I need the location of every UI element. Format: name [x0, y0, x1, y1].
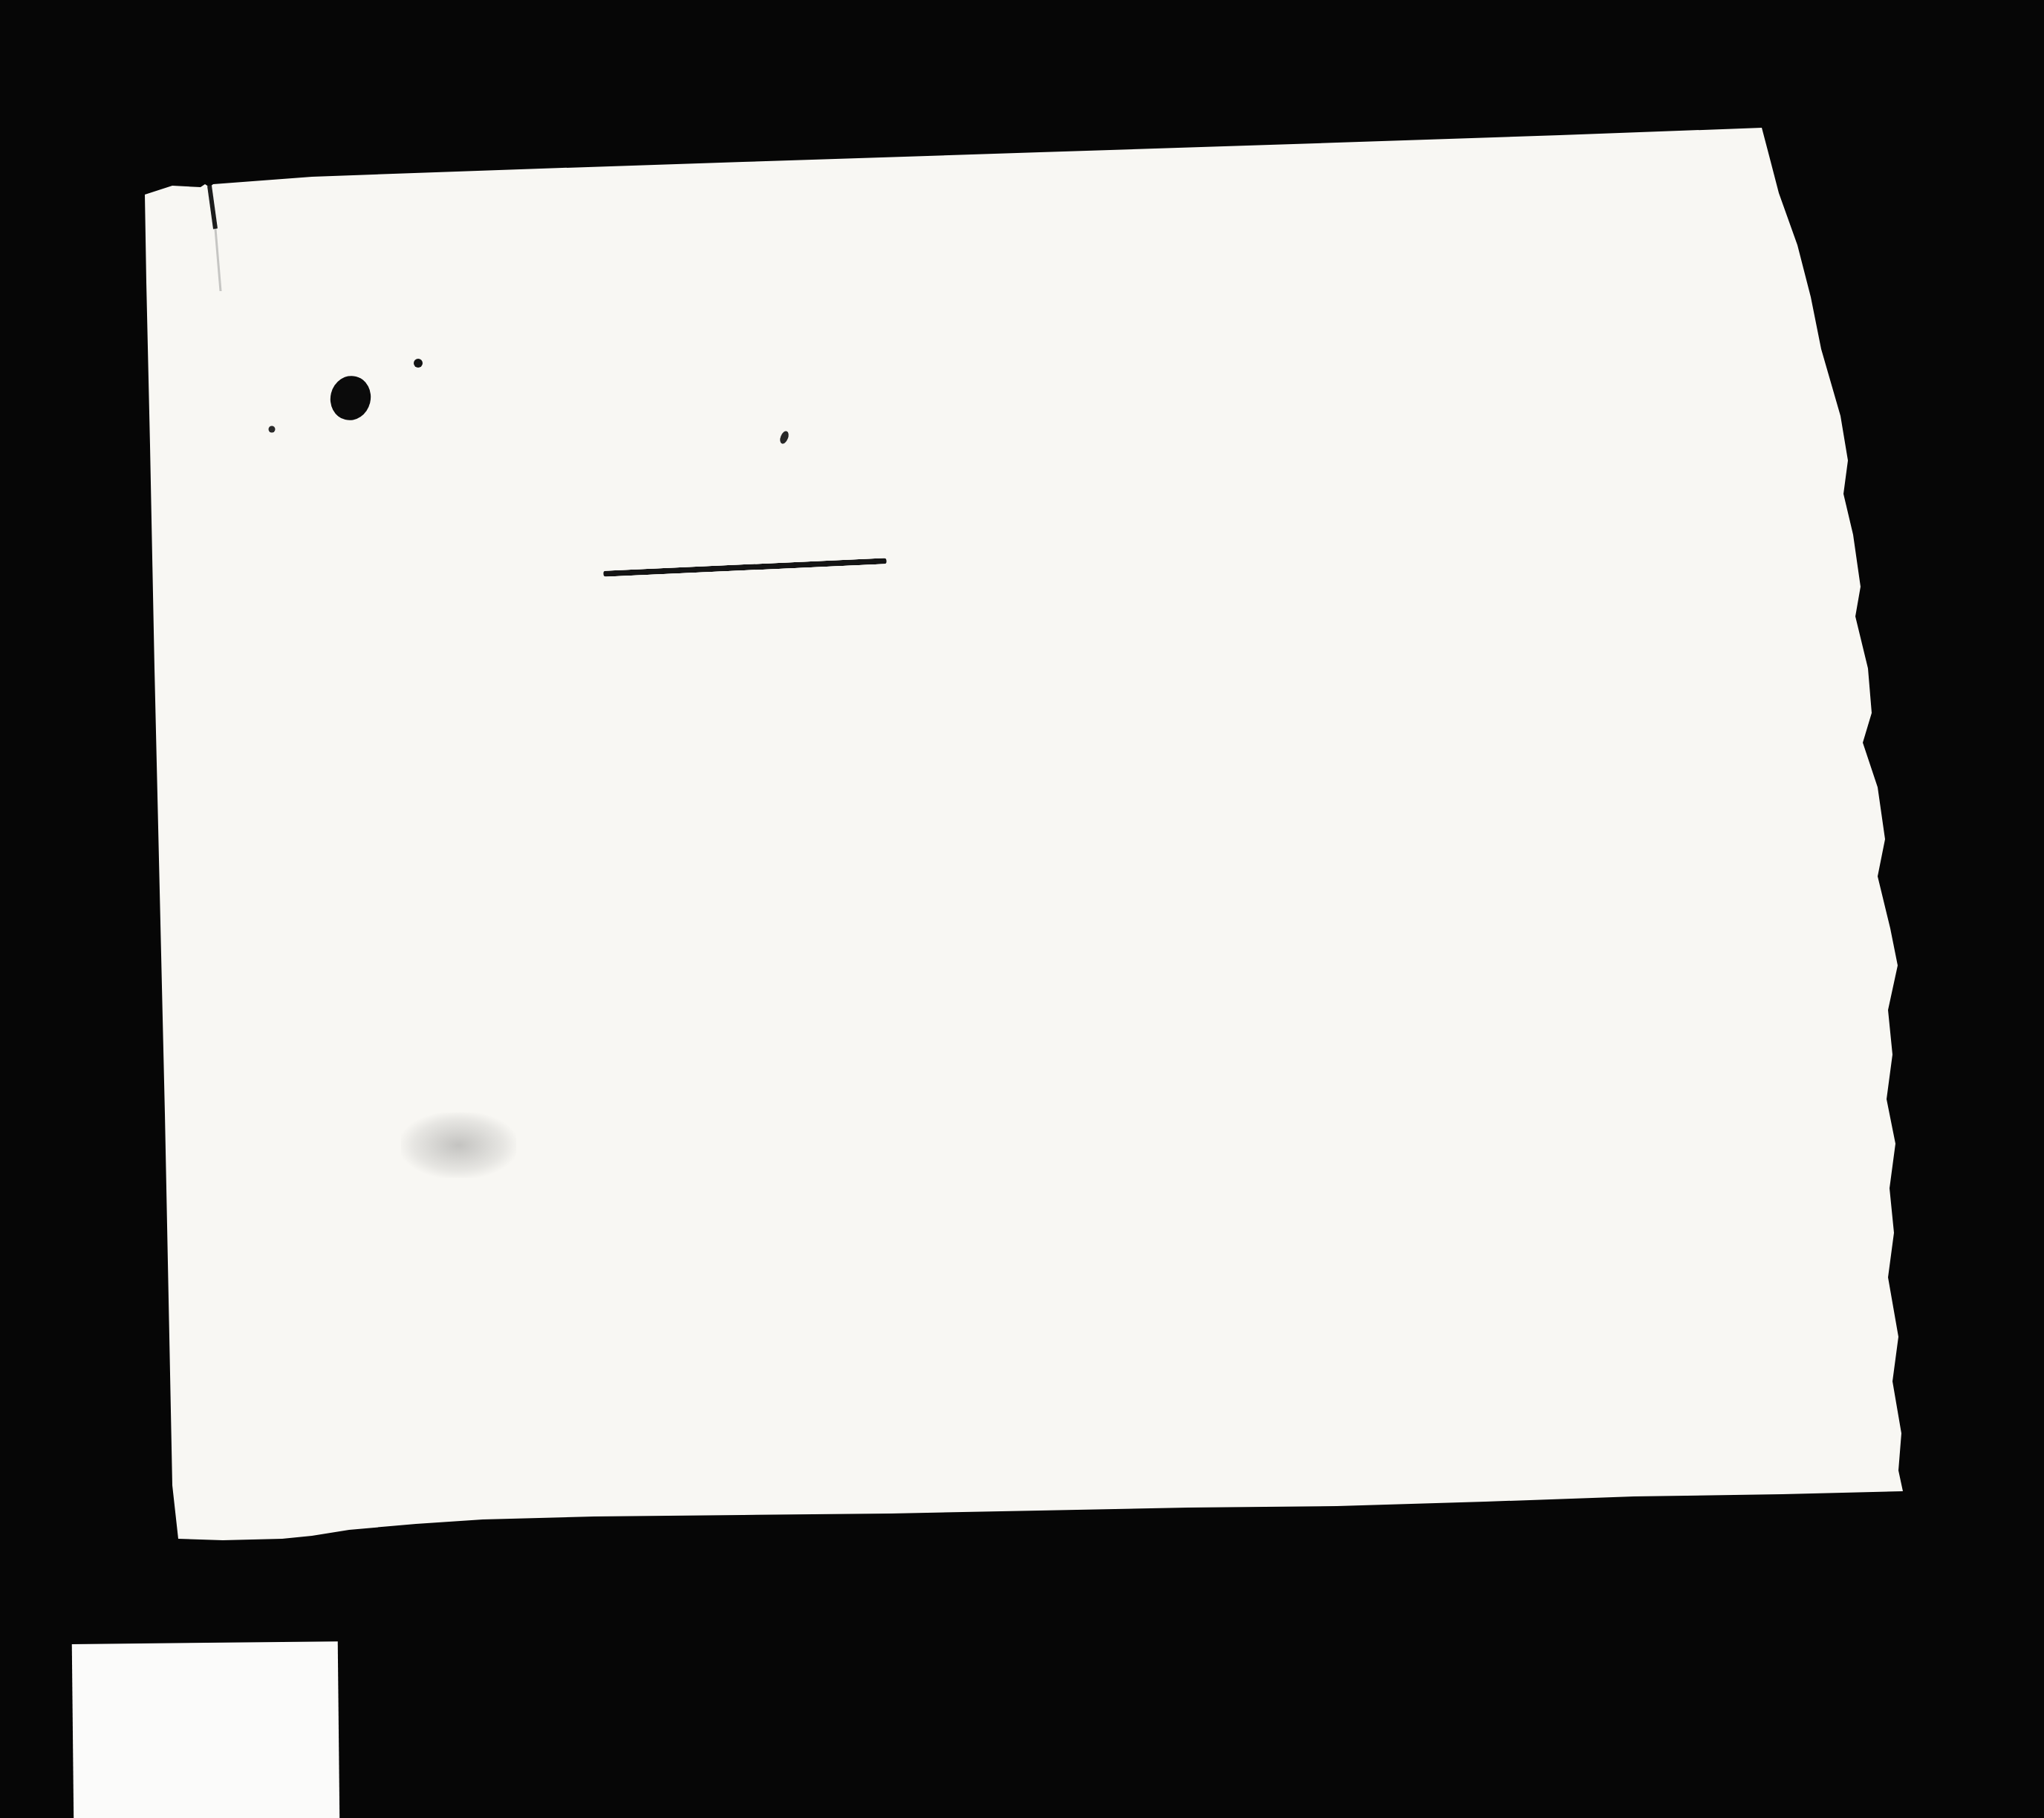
paper-shape [145, 128, 1903, 1540]
microfilm-frame [0, 0, 2044, 1818]
letter-paper [0, 0, 2044, 1818]
film-corner-card [72, 1641, 339, 1818]
pencil-smudge [401, 1112, 516, 1178]
ink-dot [414, 359, 423, 368]
ink-speck [269, 426, 276, 433]
